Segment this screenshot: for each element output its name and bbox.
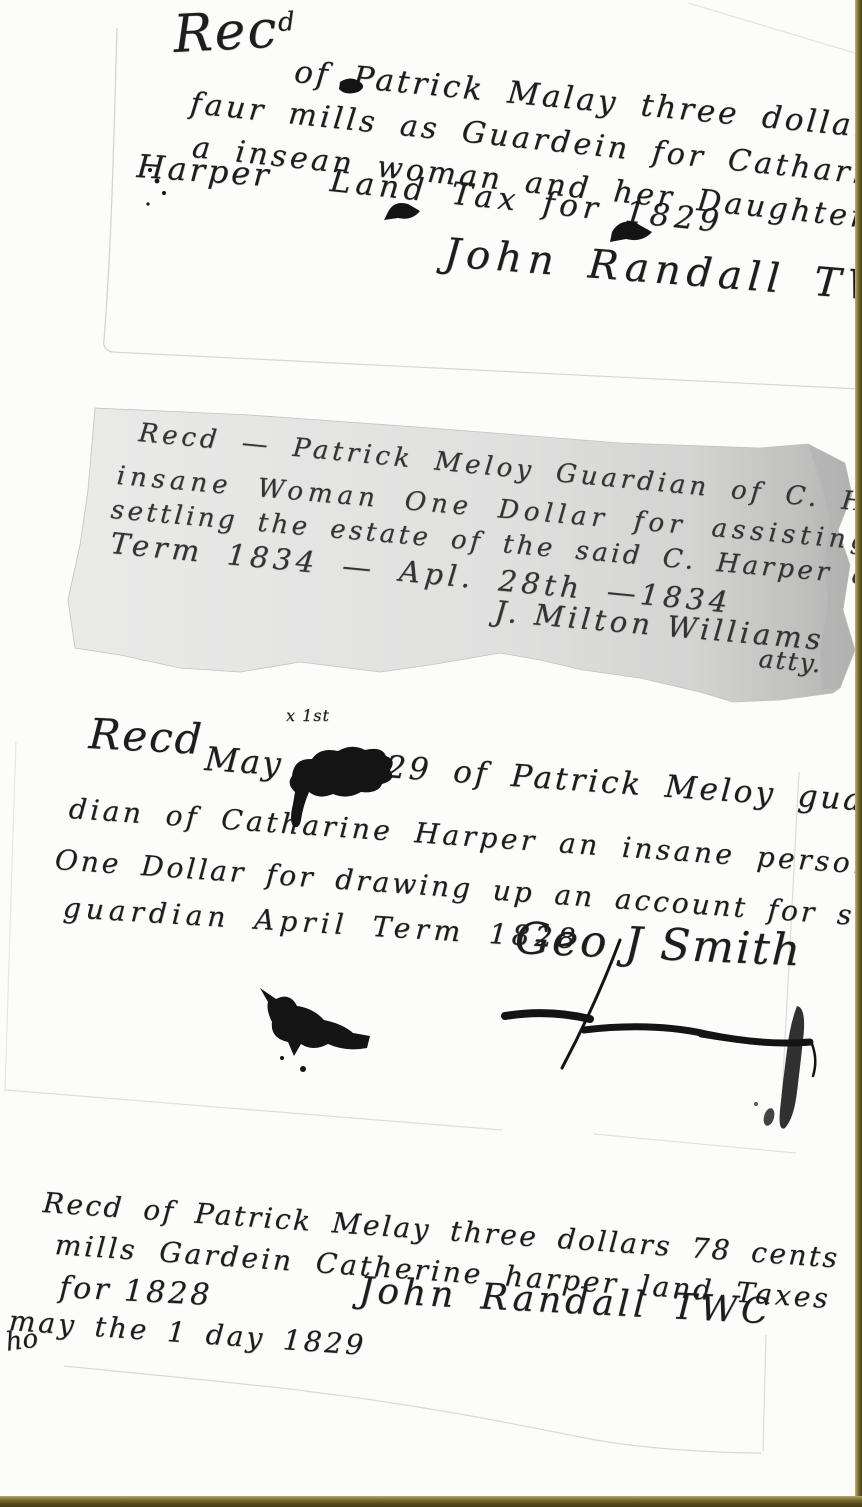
ink-speck [754, 1102, 758, 1106]
ink-marks-layer [0, 0, 862, 1507]
ink-speck [148, 168, 152, 172]
scanned-page: Recd of Patrick Malay three dollars 3 fa… [0, 0, 862, 1507]
ink-smudge-right [780, 1006, 805, 1129]
scanner-border-right [855, 0, 862, 1507]
ink-speck [146, 202, 149, 205]
ink-speck [762, 1107, 776, 1127]
ink-blot-small-2 [610, 222, 652, 242]
ink-mark-recd-flag [339, 79, 363, 94]
ink-blot-over-date [290, 747, 393, 827]
scanner-border-bottom [0, 1496, 862, 1507]
ink-speck [155, 179, 160, 184]
ink-blob-left [260, 988, 370, 1056]
signature-j-descender [562, 940, 620, 1068]
signature-flourish-long [584, 1027, 810, 1043]
ink-speck [162, 191, 166, 195]
ink-blot-small-1 [384, 203, 420, 220]
signature-flourish-thick [505, 1013, 590, 1019]
ink-speck [300, 1066, 306, 1072]
ink-speck [280, 1056, 284, 1060]
